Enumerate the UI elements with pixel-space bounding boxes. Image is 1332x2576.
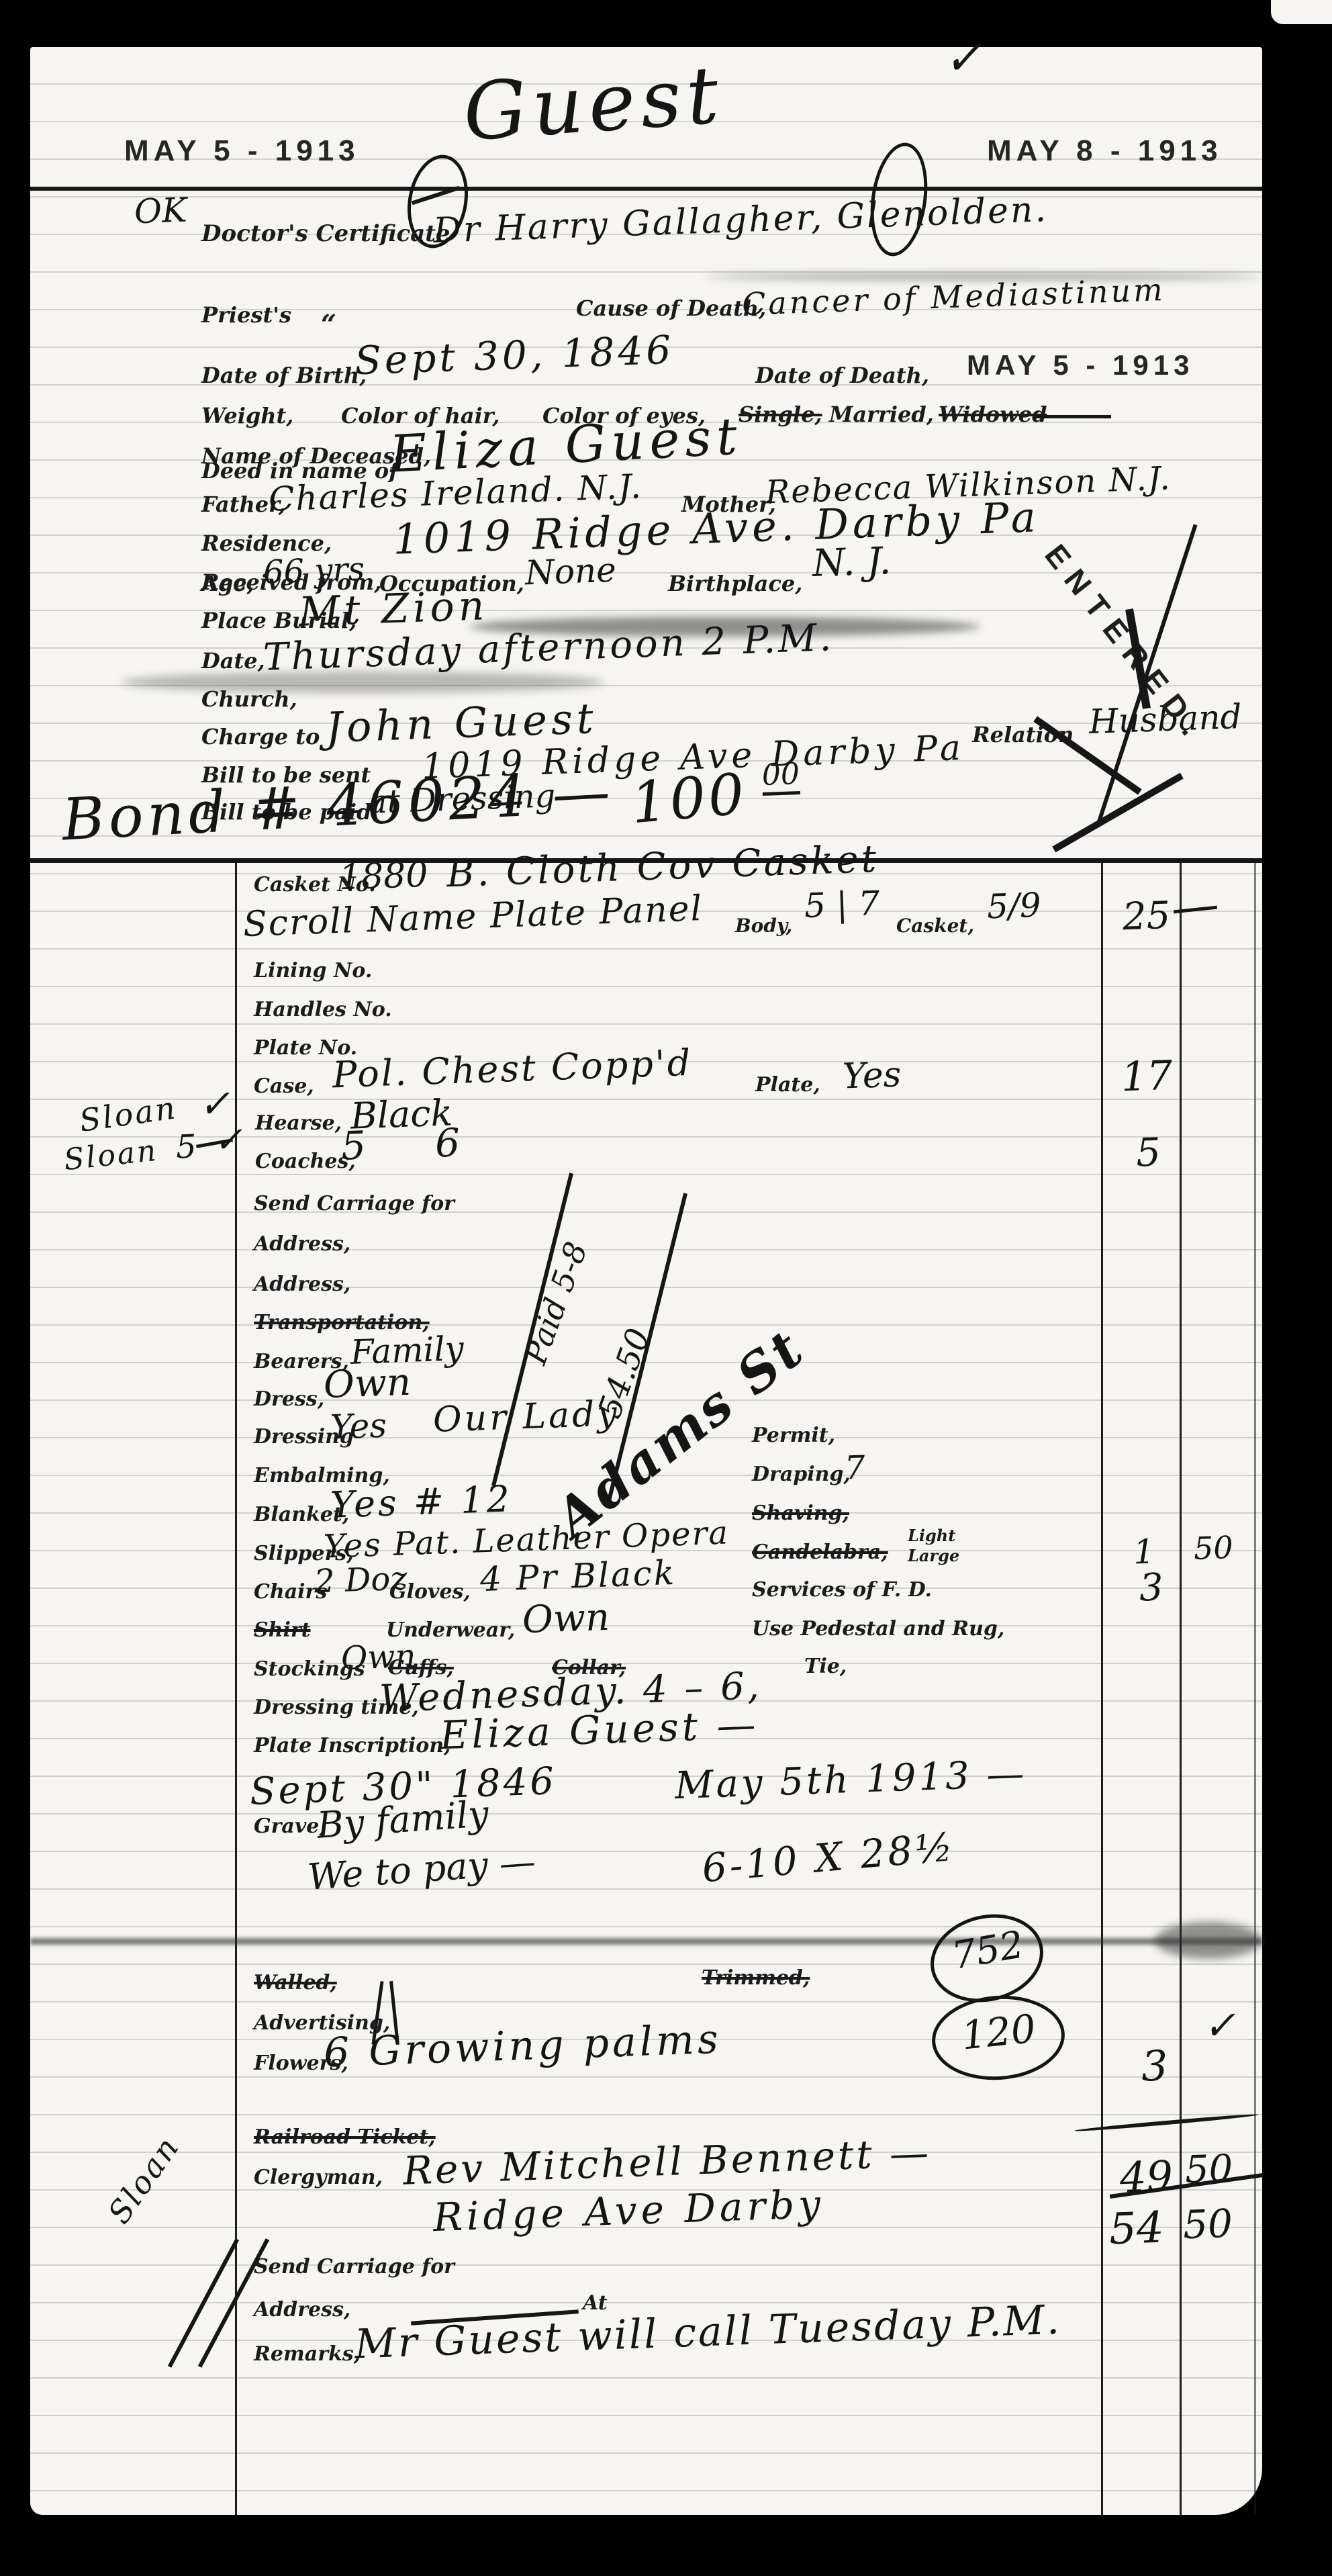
page-edge-rule: [1254, 863, 1256, 2515]
coaches-value: 5: [340, 1122, 367, 1168]
header-rule: [30, 187, 1262, 191]
candelabra-label: Candelabra,: [752, 1540, 888, 1564]
body-size-label: Body,: [735, 915, 792, 937]
page-crease-smear: [30, 1938, 1262, 1945]
plate-inscription-label: Plate Inscription,: [254, 1734, 450, 1757]
case-amount: 17: [1121, 1052, 1174, 1101]
date-of-birth-label: Date of Birth,: [201, 363, 367, 388]
candelabra-option-large: Large: [908, 1546, 959, 1565]
gloves-label: Gloves,: [389, 1580, 471, 1604]
item-column-rule: [235, 863, 237, 2515]
bond-amount-value: 100: [628, 761, 749, 837]
grave-label: Grave,: [254, 1814, 326, 1838]
send-carriage2-label: Send Carriage for: [254, 2255, 455, 2279]
lining-no-label: Lining No.: [254, 959, 372, 982]
casket-no-value: 1880: [338, 855, 428, 899]
dressing-value2: Our Lady: [432, 1393, 620, 1440]
scanned-funeral-ledger-page: { "header": { "check_mark": "✓", "stamp_…: [0, 0, 1332, 2576]
weight-label: Weight,: [201, 403, 293, 428]
doctors-certificate-label: Doctor's Certificate: [201, 220, 450, 247]
church-label: Church,: [201, 686, 297, 712]
received-stamp-left: MAY 5 - 1913: [124, 134, 360, 168]
money-column-rule-left: [1101, 863, 1103, 2515]
remarks-label: Remarks,: [254, 2342, 361, 2366]
casket-amount: 25: [1122, 894, 1171, 939]
underwear-value: Own: [522, 1596, 610, 1642]
casket-size-value: 5/9: [986, 886, 1041, 927]
blanket-value: Yes # 12: [330, 1477, 513, 1526]
dress-value: Own: [323, 1361, 412, 1407]
slippers-amount-cents: 50: [1193, 1529, 1233, 1567]
margin-sloan-coaches-num: 5: [175, 1128, 197, 1166]
address3-label: Address,: [254, 2298, 350, 2321]
coaches-label: Coaches,: [255, 1150, 356, 1173]
services-fd-label: Services of F. D.: [752, 1578, 932, 1602]
trimmed-label: Trimmed,: [702, 1966, 810, 1990]
coaches-amount: 5: [1135, 1129, 1161, 1175]
date-of-death-stamp: MAY 5 - 1913: [967, 349, 1194, 381]
priests-certificate-label: Priest's: [201, 302, 291, 328]
send-carriage-label: Send Carriage for: [254, 1192, 455, 1215]
pedestal-rug-label: Use Pedestal and Rug,: [752, 1617, 1004, 1641]
coaches-value2: 6: [434, 1119, 461, 1166]
top-check-icon: ✓: [943, 30, 984, 86]
bond-cents-value: 00: [761, 757, 800, 796]
circled-figure-bottom: 120: [959, 2005, 1038, 2058]
received-stamp-right: MAY 8 - 1913: [987, 134, 1223, 168]
body-size-value: 5 | 7: [804, 884, 880, 925]
priests-ditto-mark: “: [321, 309, 336, 340]
shaving-label: Shaving,: [752, 1502, 849, 1525]
shirt-label: Shirt: [254, 1618, 311, 1642]
address-label: Address,: [254, 1232, 350, 1256]
margin-sloan-coaches-check: ✓: [213, 1119, 244, 1160]
case-label: Case,: [254, 1074, 314, 1098]
railroad-ticket-label: Railroad Ticket,: [254, 2125, 436, 2149]
draping-label: Draping,: [752, 1463, 851, 1486]
hearse-label: Hearse,: [255, 1111, 342, 1135]
place-burial-value: Mt Zion: [298, 582, 489, 636]
clergy-amount-cents: 50: [1182, 2201, 1233, 2248]
money-column-rule-right: [1180, 863, 1182, 2515]
charge-to-label: Charge to: [201, 724, 320, 749]
services-amount: 3: [1139, 1565, 1164, 1610]
address2-label: Address,: [254, 1273, 350, 1296]
residence-label: Residence,: [201, 531, 332, 556]
gloves-value: 4 Pr Black: [479, 1553, 677, 1599]
plate-label: Plate,: [755, 1073, 820, 1097]
draping-value: 7: [844, 1448, 865, 1487]
page-crease-blob: [1155, 1922, 1262, 1959]
flowers-check-icon: ✓: [1202, 2002, 1237, 2049]
clergy-amount-dollars: 54: [1108, 2203, 1165, 2255]
scan-corner-notch: [1271, 0, 1332, 24]
dressing-value: Yes: [330, 1406, 387, 1447]
marital-widowed-label: Widowed: [939, 402, 1047, 427]
candelabra-option-light: Light: [908, 1526, 955, 1545]
casket-size-label: Casket,: [896, 915, 974, 937]
at-label: At: [583, 2291, 608, 2315]
tie-label: Tie,: [804, 1655, 847, 1678]
cause-of-death-label: Cause of Death,: [576, 295, 766, 321]
permit-label: Permit,: [752, 1424, 835, 1447]
clergyman-label: Clergyman,: [254, 2166, 383, 2189]
birthplace-label: Birthplace,: [668, 571, 802, 596]
widowed-strike-tail: [1034, 415, 1111, 418]
walled-label: Walled,: [254, 1971, 337, 1994]
date-of-death-label: Date of Death,: [755, 363, 929, 388]
date-ink-smear: [121, 672, 604, 693]
marital-single-label: Single,: [739, 402, 822, 427]
marital-married-label: Married,: [829, 402, 934, 427]
dress-label: Dress,: [254, 1387, 324, 1411]
flowers-amount: 3: [1141, 2041, 1169, 2090]
plate-value: Yes: [842, 1054, 902, 1097]
handles-no-label: Handles No.: [254, 998, 392, 1021]
family-name-title: Guest: [461, 48, 727, 159]
ok-note: OK: [134, 191, 187, 232]
burial-date-label: Date,: [201, 648, 265, 674]
